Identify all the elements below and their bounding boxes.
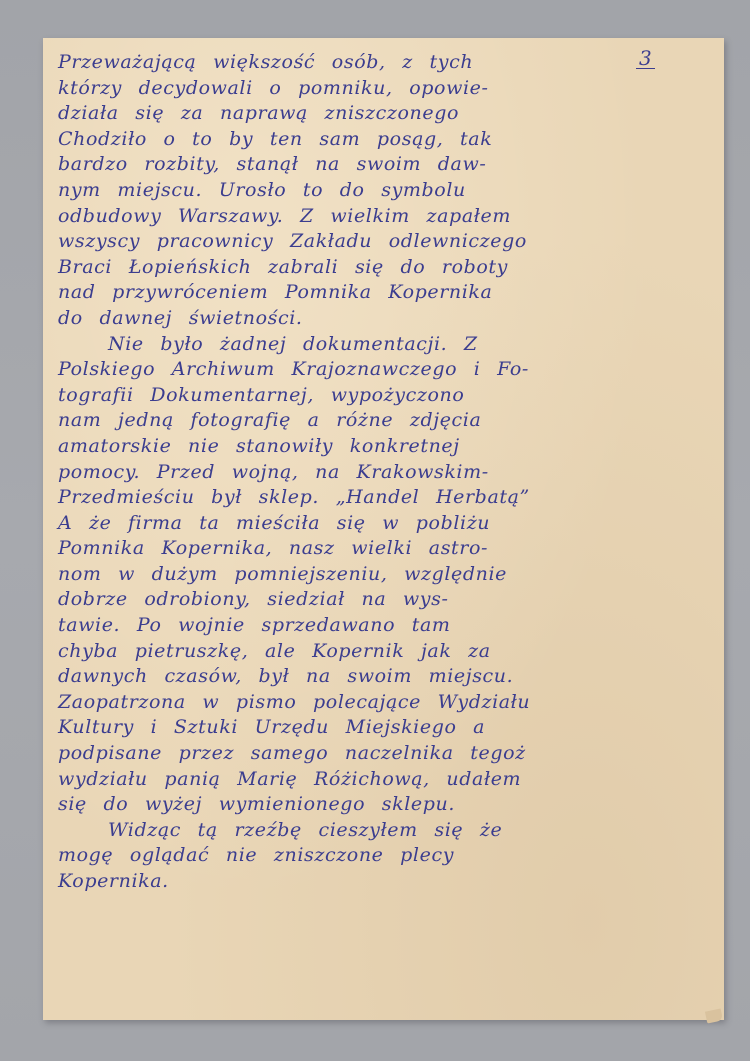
text-line: pomocy. Przed wojną, na Krakowskim- xyxy=(58,460,718,486)
text-line: Kultury i Sztuki Urzędu Miejskiego a xyxy=(58,715,718,741)
text-line: A że firma ta mieściła się w pobliżu xyxy=(58,511,718,537)
text-line: którzy decydowali o pomniku, opowie- xyxy=(58,76,718,102)
text-line: Zaopatrzona w pismo polecające Wydziału xyxy=(58,690,718,716)
text-line: Kopernika. xyxy=(58,869,718,895)
paragraph-start-line: Widząc tą rzeźbę cieszyłem się że xyxy=(58,818,718,844)
text-line: dawnych czasów, był na swoim miejscu. xyxy=(58,664,718,690)
text-line: Przedmieściu był sklep. „Handel Herbatą” xyxy=(58,485,718,511)
text-line: amatorskie nie stanowiły konkretnej xyxy=(58,434,718,460)
text-line: tografii Dokumentarnej, wypożyczono xyxy=(58,383,718,409)
text-line: nom w dużym pomniejszeniu, względnie xyxy=(58,562,718,588)
text-line: chyba pietruszkę, ale Kopernik jak za xyxy=(58,639,718,665)
text-line: do dawnej świetności. xyxy=(58,306,718,332)
text-line: podpisane przez samego naczelnika tegoż xyxy=(58,741,718,767)
text-line: nad przywróceniem Pomnika Kopernika xyxy=(58,280,718,306)
text-line: nam jedną fotografię a różne zdjęcia xyxy=(58,408,718,434)
text-line: Chodziło o to by ten sam posąg, tak xyxy=(58,127,718,153)
text-line: Pomnika Kopernika, nasz wielki astro- xyxy=(58,536,718,562)
handwritten-text-block: Przeważającą większość osób, z tych któr… xyxy=(58,50,718,895)
text-line: wydziału panią Marię Różichową, udałem xyxy=(58,767,718,793)
text-line: mogę oglądać nie zniszczone plecy xyxy=(58,843,718,869)
paragraph-start-line: Nie było żadnej dokumentacji. Z xyxy=(58,332,718,358)
text-line: dobrze odrobiony, siedział na wys- xyxy=(58,587,718,613)
text-line: działa się za naprawą zniszczonego xyxy=(58,101,718,127)
text-line: Braci Łopieńskich zabrali się do roboty xyxy=(58,255,718,281)
text-line: nym miejscu. Urosło to do symbolu xyxy=(58,178,718,204)
text-line: wszyscy pracownicy Zakładu odlewniczego xyxy=(58,229,718,255)
text-line: tawie. Po wojnie sprzedawano tam xyxy=(58,613,718,639)
text-line: odbudowy Warszawy. Z wielkim zapałem xyxy=(58,204,718,230)
text-line: Przeważającą większość osób, z tych xyxy=(58,50,718,76)
text-line: bardzo rozbity, stanął na swoim daw- xyxy=(58,152,718,178)
text-line: się do wyżej wymienionego sklepu. xyxy=(58,792,718,818)
text-line: Polskiego Archiwum Krajoznawczego i Fo- xyxy=(58,357,718,383)
